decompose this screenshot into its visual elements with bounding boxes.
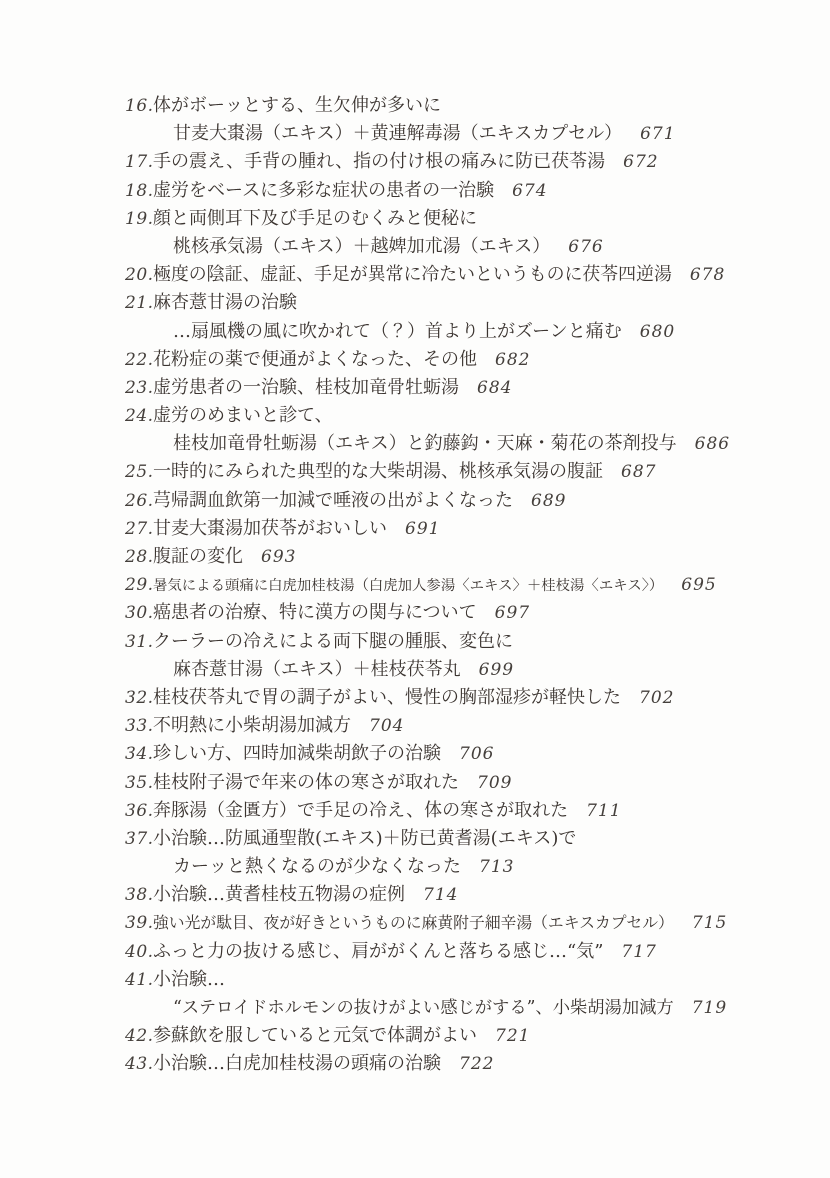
page-number: 719 <box>692 994 727 1022</box>
page-number: 680 <box>640 318 675 346</box>
toc-entry-line: カーッと熱くなるのが少なくなった713 <box>0 853 830 881</box>
entry-text: 小治験…黄耆桂枝五物湯の症例 <box>153 881 405 909</box>
entry-number: 38. <box>125 881 153 909</box>
toc-entry-line: 16.体がボーッとする、生欠伸が多いに <box>0 92 830 120</box>
toc-entry-line: 19.顔と両側耳下及び手足のむくみと便秘に <box>0 205 830 233</box>
entry-number: 35. <box>125 769 153 797</box>
toc-entry-line: 36.奔豚湯（金匱方）で手足の冷え、体の寒さが取れた711 <box>0 797 830 825</box>
entry-text: …扇風機の風に吹かれて（？）首より上がズーンと痛む <box>173 318 622 346</box>
entry-number: 29. <box>125 571 153 599</box>
page-number: 699 <box>479 656 514 684</box>
page-number: 678 <box>690 261 725 289</box>
toc-entry-line: 桂枝加竜骨牡蛎湯（エキス）と釣藤鈎・天麻・菊花の茶剤投与686 <box>0 430 830 458</box>
entry-text: 小治験…白虎加桂枝湯の頭痛の治験 <box>153 1050 441 1078</box>
entry-text: 奔豚湯（金匱方）で手足の冷え、体の寒さが取れた <box>153 797 568 825</box>
page-number: 689 <box>531 487 566 515</box>
toc-entry-line: 37.小治験…防風通聖散(エキス)＋防已黄耆湯(エキス)で <box>0 825 830 853</box>
page-number: 714 <box>423 881 458 909</box>
entry-text: 虚労のめまいと診て、 <box>153 402 333 430</box>
entry-text: 小治験… <box>153 966 225 994</box>
page-number: 684 <box>477 374 512 402</box>
entry-number: 34. <box>125 740 153 768</box>
toc-entry-line: 17.手の震え、手背の腫れ、指の付け根の痛みに防已茯苓湯672 <box>0 148 830 176</box>
entry-number: 36. <box>125 797 153 825</box>
entry-text: 一時的にみられた典型的な大柴胡湯、桃核承気湯の腹証 <box>153 458 603 486</box>
page-number: 697 <box>495 599 530 627</box>
toc-entry-line: …扇風機の風に吹かれて（？）首より上がズーンと痛む680 <box>0 318 830 346</box>
entry-text: 珍しい方、四時加減柴胡飲子の治験 <box>153 740 441 768</box>
entry-number: 18. <box>125 177 153 205</box>
entry-text: 極度の陰証、虚証、手足が異常に冷たいというものに茯苓四逆湯 <box>153 261 672 289</box>
entry-number: 17. <box>125 148 153 176</box>
page-number: 721 <box>495 1022 530 1050</box>
page-number: 693 <box>261 543 296 571</box>
toc-entry-line: 33.不明熱に小柴胡湯加減方704 <box>0 712 830 740</box>
toc-entry-line: 31.クーラーの冷えによる両下腿の腫脹、変色に <box>0 628 830 656</box>
page-number: 717 <box>621 938 656 966</box>
entry-number: 20. <box>125 261 153 289</box>
entry-number: 22. <box>125 346 153 374</box>
entry-number: 43. <box>125 1050 153 1078</box>
entry-number: 42. <box>125 1022 153 1050</box>
entry-text: 顔と両側耳下及び手足のむくみと便秘に <box>153 205 477 233</box>
entry-text: 不明熱に小柴胡湯加減方 <box>153 712 351 740</box>
entry-number: 24. <box>125 402 153 430</box>
entry-number: 26. <box>125 487 153 515</box>
toc-entry-line: 43.小治験…白虎加桂枝湯の頭痛の治験722 <box>0 1050 830 1078</box>
page-number: 672 <box>623 148 658 176</box>
entry-text: 小治験…防風通聖散(エキス)＋防已黄耆湯(エキス)で <box>153 825 576 853</box>
entry-number: 40. <box>125 938 153 966</box>
toc-entry-line: 20.極度の陰証、虚証、手足が異常に冷たいというものに茯苓四逆湯678 <box>0 261 830 289</box>
toc-entry-line: 27.甘麦大棗湯加茯苓がおいしい691 <box>0 515 830 543</box>
toc-entry-line: 22.花粉症の薬で便通がよくなった、その他682 <box>0 346 830 374</box>
page-number: 704 <box>369 712 404 740</box>
entry-text: クーラーの冷えによる両下腿の腫脹、変色に <box>153 628 513 656</box>
entry-text: 桂枝加竜骨牡蛎湯（エキス）と釣藤鈎・天麻・菊花の茶剤投与 <box>173 430 677 458</box>
page-number: 671 <box>640 120 675 148</box>
toc-list: 16.体がボーッとする、生欠伸が多いに甘麦大棗湯（エキス）＋黄連解毒湯（エキスカ… <box>0 92 830 1079</box>
entry-number: 32. <box>125 684 153 712</box>
page-number: 715 <box>692 909 727 937</box>
page-number: 706 <box>459 740 494 768</box>
page-number: 709 <box>477 769 512 797</box>
toc-entry-line: 42.参蘇飲を服していると元気で体調がよい721 <box>0 1022 830 1050</box>
entry-text: 芎帰調血飲第一加減で唾液の出がよくなった <box>153 487 513 515</box>
entry-text: 麻杏薏甘湯（エキス）＋桂枝茯苓丸 <box>173 656 461 684</box>
entry-text: 虚労患者の一治験、桂枝加竜骨牡蛎湯 <box>153 374 459 402</box>
entry-number: 37. <box>125 825 153 853</box>
entry-text: 花粉症の薬で便通がよくなった、その他 <box>153 346 477 374</box>
entry-text: 癌患者の治療、特に漢方の関与について <box>153 599 477 627</box>
entry-text: 暑気による頭痛に白虎加桂枝湯（白虎加人参湯〈エキス〉＋桂枝湯〈エキス〉） <box>153 572 663 600</box>
entry-text: ふっと力の抜ける感じ、肩ががくんと落ちる感じ…“気” <box>153 938 603 966</box>
toc-entry-line: “ステロイドホルモンの抜けがよい感じがする”、小柴胡湯加減方719 <box>0 994 830 1022</box>
toc-entry-line: 35.桂枝附子湯で年来の体の寒さが取れた709 <box>0 769 830 797</box>
page-number: 695 <box>681 571 716 599</box>
entry-text: 桂枝茯苓丸で胃の調子がよい、慢性の胸部湿疹が軽快した <box>153 684 621 712</box>
entry-number: 41. <box>125 966 153 994</box>
entry-number: 39. <box>125 909 153 937</box>
entry-text: 手の震え、手背の腫れ、指の付け根の痛みに防已茯苓湯 <box>153 148 605 176</box>
toc-entry-line: 41.小治験… <box>0 966 830 994</box>
toc-entry-line: 26.芎帰調血飲第一加減で唾液の出がよくなった689 <box>0 487 830 515</box>
entry-number: 21. <box>125 289 153 317</box>
toc-entry-line: 29.暑気による頭痛に白虎加桂枝湯（白虎加人参湯〈エキス〉＋桂枝湯〈エキス〉）6… <box>0 571 830 599</box>
toc-entry-line: 23.虚労患者の一治験、桂枝加竜骨牡蛎湯684 <box>0 374 830 402</box>
entry-text: 虚労をベースに多彩な症状の患者の一治験 <box>153 177 494 205</box>
toc-entry-line: 21.麻杏薏甘湯の治験 <box>0 289 830 317</box>
page-number: 687 <box>621 458 656 486</box>
entry-text: 腹証の変化 <box>153 543 243 571</box>
page-number: 676 <box>568 233 603 261</box>
entry-text: 桃核承気湯（エキス）＋越婢加朮湯（エキス） <box>173 233 550 261</box>
toc-entry-line: 30.癌患者の治療、特に漢方の関与について697 <box>0 599 830 627</box>
entry-text: 甘麦大棗湯加茯苓がおいしい <box>153 515 387 543</box>
entry-text: “ステロイドホルモンの抜けがよい感じがする”、小柴胡湯加減方 <box>173 994 674 1022</box>
entry-text: 参蘇飲を服していると元気で体調がよい <box>153 1022 477 1050</box>
toc-entry-line: 28.腹証の変化693 <box>0 543 830 571</box>
page-number: 686 <box>695 430 730 458</box>
entry-text: 体がボーッとする、生欠伸が多いに <box>153 92 441 120</box>
entry-text: 麻杏薏甘湯の治験 <box>153 289 297 317</box>
entry-text: カーッと熱くなるのが少なくなった <box>173 853 461 881</box>
toc-entry-line: 40.ふっと力の抜ける感じ、肩ががくんと落ちる感じ…“気”717 <box>0 938 830 966</box>
page-number: 722 <box>459 1050 494 1078</box>
entry-number: 23. <box>125 374 153 402</box>
toc-page: 16.体がボーッとする、生欠伸が多いに甘麦大棗湯（エキス）＋黄連解毒湯（エキスカ… <box>0 0 830 1178</box>
entry-number: 31. <box>125 628 153 656</box>
toc-entry-line: 34.珍しい方、四時加減柴胡飲子の治験706 <box>0 740 830 768</box>
entry-text: 甘麦大棗湯（エキス）＋黄連解毒湯（エキスカプセル） <box>173 120 622 148</box>
page-number: 682 <box>495 346 530 374</box>
entry-text: 強い光が駄目、夜が好きというものに麻黄附子細辛湯（エキスカプセル） <box>153 909 674 937</box>
toc-entry-line: 25.一時的にみられた典型的な大柴胡湯、桃核承気湯の腹証687 <box>0 458 830 486</box>
entry-number: 16. <box>125 92 153 120</box>
page-number: 674 <box>512 177 547 205</box>
entry-text: 桂枝附子湯で年来の体の寒さが取れた <box>153 769 459 797</box>
page-number: 711 <box>586 797 621 825</box>
toc-entry-line: 32.桂枝茯苓丸で胃の調子がよい、慢性の胸部湿疹が軽快した702 <box>0 684 830 712</box>
page-number: 702 <box>639 684 674 712</box>
toc-entry-line: 桃核承気湯（エキス）＋越婢加朮湯（エキス）676 <box>0 233 830 261</box>
page-number: 713 <box>479 853 514 881</box>
toc-entry-line: 24.虚労のめまいと診て、 <box>0 402 830 430</box>
entry-number: 19. <box>125 205 153 233</box>
toc-entry-line: 麻杏薏甘湯（エキス）＋桂枝茯苓丸699 <box>0 656 830 684</box>
toc-entry-line: 38.小治験…黄耆桂枝五物湯の症例714 <box>0 881 830 909</box>
toc-entry-line: 甘麦大棗湯（エキス）＋黄連解毒湯（エキスカプセル）671 <box>0 120 830 148</box>
entry-number: 30. <box>125 599 153 627</box>
toc-entry-line: 39.強い光が駄目、夜が好きというものに麻黄附子細辛湯（エキスカプセル）715 <box>0 909 830 937</box>
entry-number: 28. <box>125 543 153 571</box>
entry-number: 25. <box>125 458 153 486</box>
entry-number: 27. <box>125 515 153 543</box>
page-number: 691 <box>405 515 440 543</box>
toc-entry-line: 18.虚労をベースに多彩な症状の患者の一治験674 <box>0 177 830 205</box>
entry-number: 33. <box>125 712 153 740</box>
